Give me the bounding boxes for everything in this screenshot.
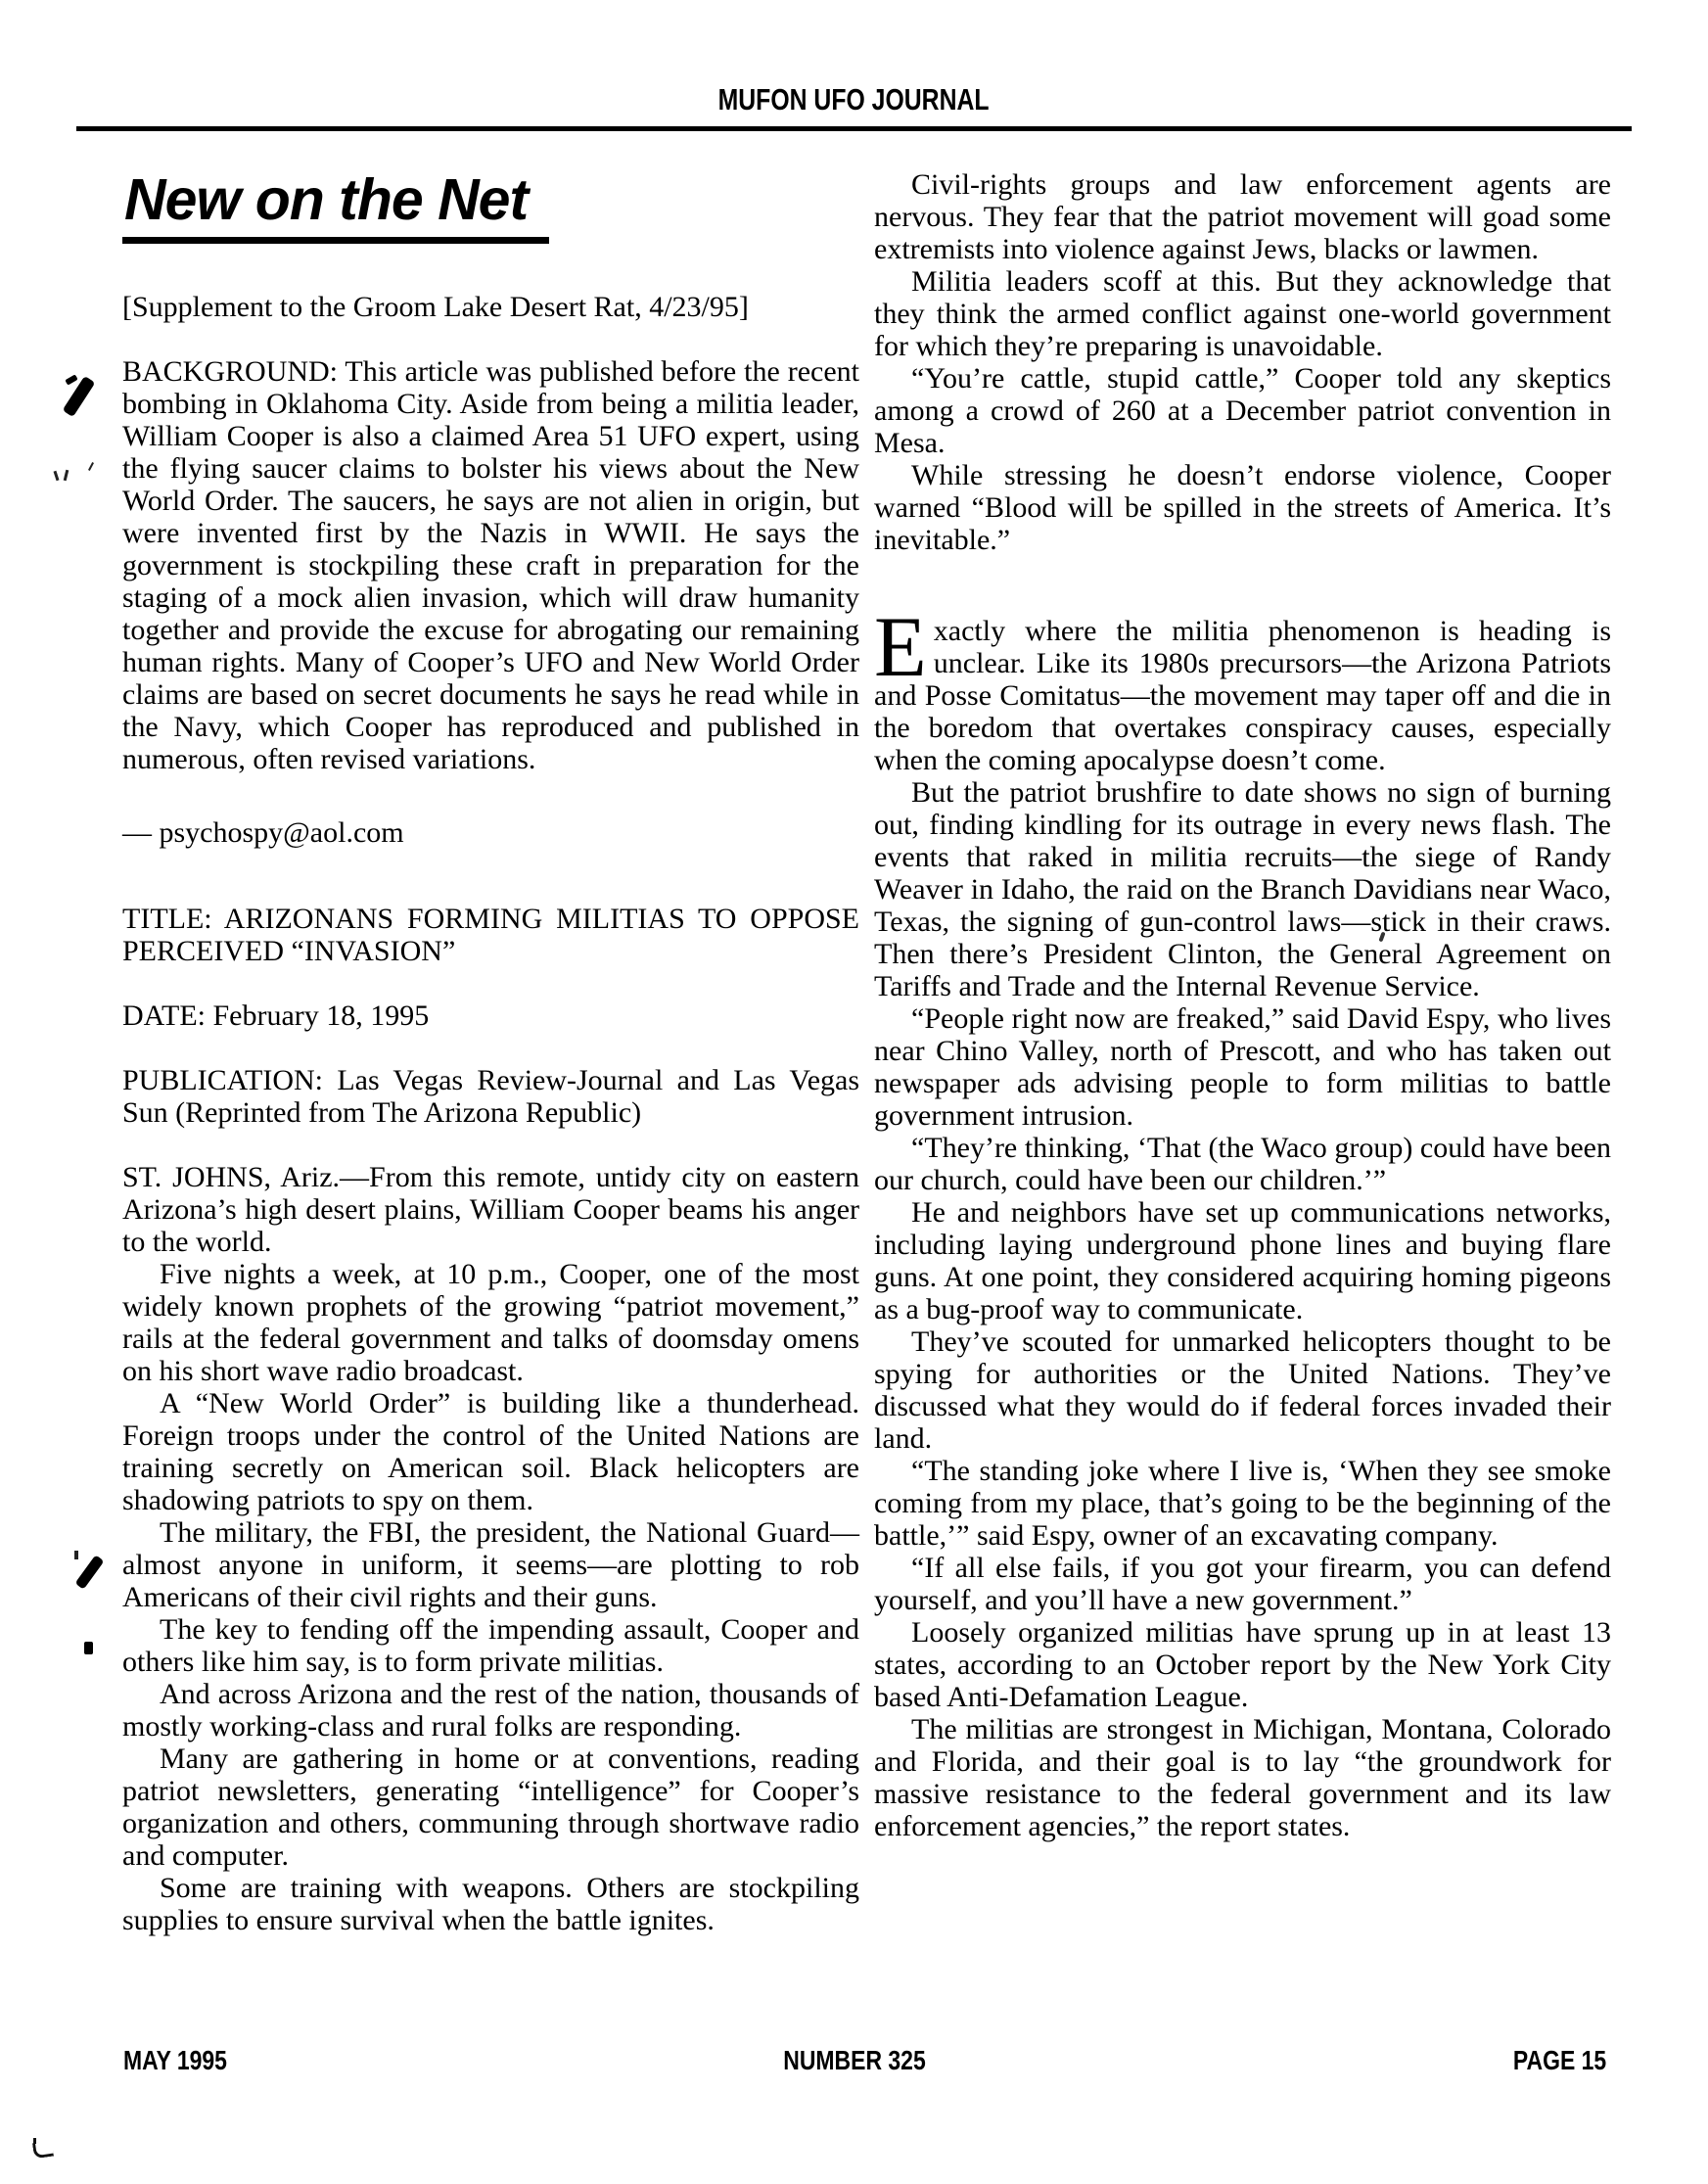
meta-date-line: DATE: February 18, 1995: [122, 999, 859, 1032]
article-paragraph: Civil-rights groups and law enforcement …: [874, 168, 1611, 265]
dropcap-paragraph-text: xactly where the militia phenomenon is h…: [874, 615, 1611, 776]
right-column: Civil-rights groups and law enforcement …: [874, 168, 1611, 1936]
dropcap-paragraph: Exactly where the militia phenomenon is …: [874, 615, 1611, 776]
article-paragraph: Loosely organized militias have sprung u…: [874, 1616, 1611, 1713]
article-paragraph: “They’re thinking, ‘That (the Waco group…: [874, 1132, 1611, 1196]
article-paragraph: “If all else fails, if you got your fire…: [874, 1552, 1611, 1616]
dropcap-letter: E: [874, 615, 934, 678]
article-paragraph: “The standing joke where I live is, ‘Whe…: [874, 1455, 1611, 1552]
footer-page-number: PAGE 15: [1513, 2045, 1606, 2076]
header-rule: [76, 126, 1632, 131]
masthead: MUFON UFO JOURNAL: [0, 0, 1708, 117]
background-paragraph: BACKGROUND: This article was published b…: [122, 355, 859, 775]
article-paragraph: He and neighbors have set up communicati…: [874, 1196, 1611, 1325]
article-title: New on the Net: [122, 170, 549, 244]
article-paragraph: Militia leaders scoff at this. But they …: [874, 265, 1611, 362]
supplement-note: [Supplement to the Groom Lake Desert Rat…: [122, 291, 859, 323]
article-paragraph: A “New World Order” is building like a t…: [122, 1387, 859, 1516]
article-paragraph: Many are gathering in home or at convent…: [122, 1743, 859, 1872]
journal-page: MUFON UFO JOURNAL New on the Net [Supple…: [0, 0, 1708, 2184]
article-paragraph: Some are training with weapons. Others a…: [122, 1872, 859, 1936]
article-paragraph: The key to fending off the impending ass…: [122, 1613, 859, 1678]
left-column: New on the Net [Supplement to the Groom …: [122, 168, 859, 1936]
article-paragraph: ST. JOHNS, Ariz.—From this remote, untid…: [122, 1161, 859, 1258]
article-paragraph: They’ve scouted for unmarked helicopters…: [874, 1325, 1611, 1455]
page-header: MUFON UFO JOURNAL: [0, 0, 1708, 131]
article-paragraph: Five nights a week, at 10 p.m., Cooper, …: [122, 1258, 859, 1387]
article-body: New on the Net [Supplement to the Groom …: [0, 168, 1708, 1936]
meta-title-line: TITLE: ARIZONANS FORMING MILITIAS TO OPP…: [122, 903, 859, 967]
scan-artifact: [84, 1642, 93, 1654]
article-paragraph: And across Arizona and the rest of the n…: [122, 1678, 859, 1743]
author-signature: — psychospy@aol.com: [122, 816, 859, 849]
scan-artifact: [1500, 196, 1503, 201]
article-paragraph: “You’re cattle, stupid cattle,” Cooper t…: [874, 362, 1611, 459]
scan-artifact: [33, 2138, 36, 2144]
article-paragraph: But the patriot brushfire to date shows …: [874, 776, 1611, 1002]
footer-issue-number: NUMBER 325: [783, 2045, 925, 2076]
journal-name: MUFON UFO JOURNAL: [718, 82, 990, 117]
article-paragraph: The military, the FBI, the president, th…: [122, 1516, 859, 1613]
article-paragraph: While stressing he doesn’t endorse viole…: [874, 459, 1611, 556]
article-paragraph: The militias are strongest in Michigan, …: [874, 1713, 1611, 1842]
article-paragraph: “People right now are freaked,” said Dav…: [874, 1002, 1611, 1132]
meta-publication-line: PUBLICATION: Las Vegas Review-Journal an…: [122, 1064, 859, 1129]
scan-artifact: [74, 1551, 78, 1559]
footer-issue-date: MAY 1995: [123, 2045, 227, 2076]
